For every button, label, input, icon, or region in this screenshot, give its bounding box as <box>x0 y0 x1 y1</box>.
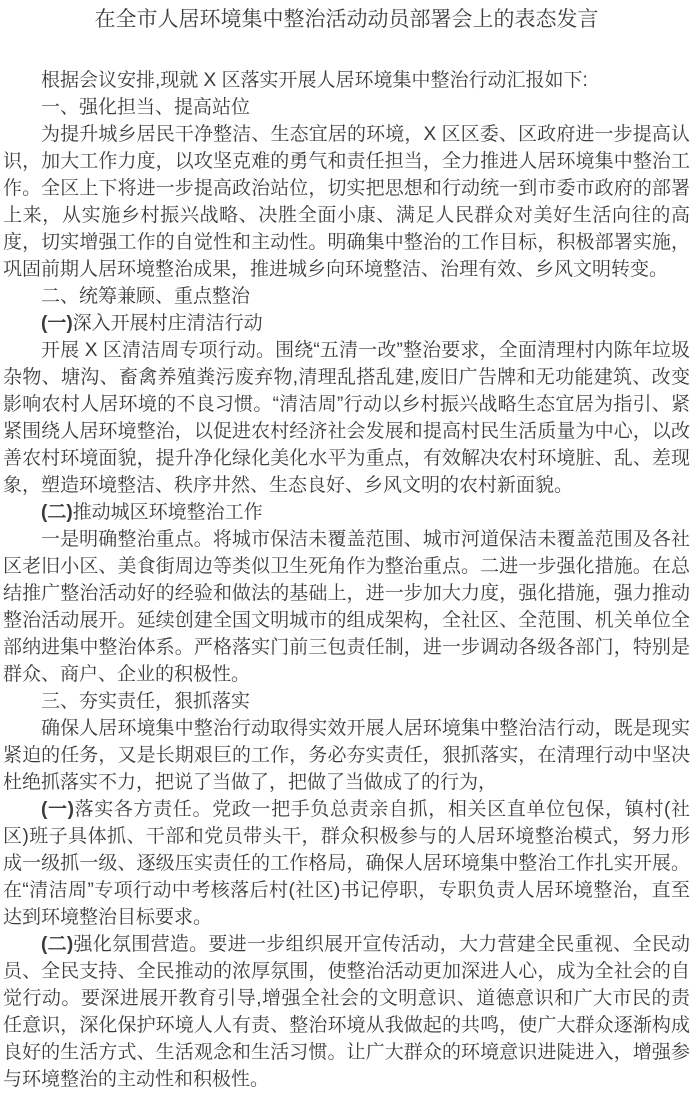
paragraph-text: 确保人居环境集中整治行动取得实效开展人居环境集中整治洁行动，既是现实紧迫的任务，… <box>3 718 690 793</box>
paragraph-text: 为提升城乡居民干净整洁、生态宜居的环境，X 区区委、区政府进一步提高认识，加大工… <box>3 124 690 280</box>
paragraph-text: 强化氛围营造。要进一步组织展开宣传活动，大力营建全民重视、全民动员、全民支持、全… <box>3 934 690 1090</box>
section-2-heading: 二、统筹兼顾、重点整治 <box>3 283 690 310</box>
section-1-body: 为提升城乡居民干净整洁、生态宜居的环境，X 区区委、区政府进一步提高认识，加大工… <box>3 121 690 283</box>
document-title: 在全市人居环境集中整治活动动员部署会上的表态发言 <box>3 6 690 34</box>
subsection-2-1-body: 开展 X 区清洁周专项行动。围绕“五清一改”整治要求，全面清理村内陈年垃圾杂物、… <box>3 337 690 499</box>
subsection-2-2-heading: (二)推动城区环境整治工作 <box>3 499 690 526</box>
paragraph-text: 一、强化担当、提高站位 <box>41 97 250 118</box>
subsection-3-2-paragraph: (二)强化氛围营造。要进一步组织展开宣传活动，大力营建全民重视、全民动员、全民支… <box>3 931 690 1093</box>
intro-paragraph: 根据会议安排,现就 X 区落实开展人居环境集中整治行动汇报如下: <box>3 67 690 94</box>
paragraph-text: 深入开展村庄清洁行动 <box>73 313 263 334</box>
subsection-2-1-heading: (一)深入开展村庄清洁行动 <box>3 310 690 337</box>
paragraph-text: 推动城区环境整治工作 <box>73 502 263 523</box>
paragraph-prefix: (二) <box>41 934 73 955</box>
section-3-body: 确保人居环境集中整治行动取得实效开展人居环境集中整治洁行动，既是现实紧迫的任务，… <box>3 715 690 796</box>
section-3-heading: 三、夯实责任，狠抓落实 <box>3 688 690 715</box>
paragraph-text: 三、夯实责任，狠抓落实 <box>41 691 250 712</box>
paragraph-text: 根据会议安排,现就 X 区落实开展人居环境集中整治行动汇报如下: <box>41 70 588 91</box>
document-page: 在全市人居环境集中整治活动动员部署会上的表态发言 根据会议安排,现就 X 区落实… <box>0 0 693 1097</box>
subsection-3-1-paragraph: (一)落实各方责任。党政一把手负总责亲自抓，相关区直单位包保，镇村(社区)班子具… <box>3 796 690 931</box>
paragraph-prefix: (一) <box>41 799 74 820</box>
paragraph-text: 一是明确整治重点。将城市保洁未覆盖范围、城市河道保洁未覆盖范围及各社区老旧小区、… <box>3 529 690 685</box>
paragraph-prefix: (一) <box>41 313 73 334</box>
section-1-heading: 一、强化担当、提高站位 <box>3 94 690 121</box>
paragraph-text: 二、统筹兼顾、重点整治 <box>41 286 250 307</box>
paragraph-text: 开展 X 区清洁周专项行动。围绕“五清一改”整治要求，全面清理村内陈年垃圾杂物、… <box>3 340 690 496</box>
paragraph-text: 落实各方责任。党政一把手负总责亲自抓，相关区直单位包保，镇村(社区)班子具体抓、… <box>3 799 690 928</box>
paragraph-prefix: (二) <box>41 502 73 523</box>
subsection-2-2-body: 一是明确整治重点。将城市保洁未覆盖范围、城市河道保洁未覆盖范围及各社区老旧小区、… <box>3 526 690 688</box>
